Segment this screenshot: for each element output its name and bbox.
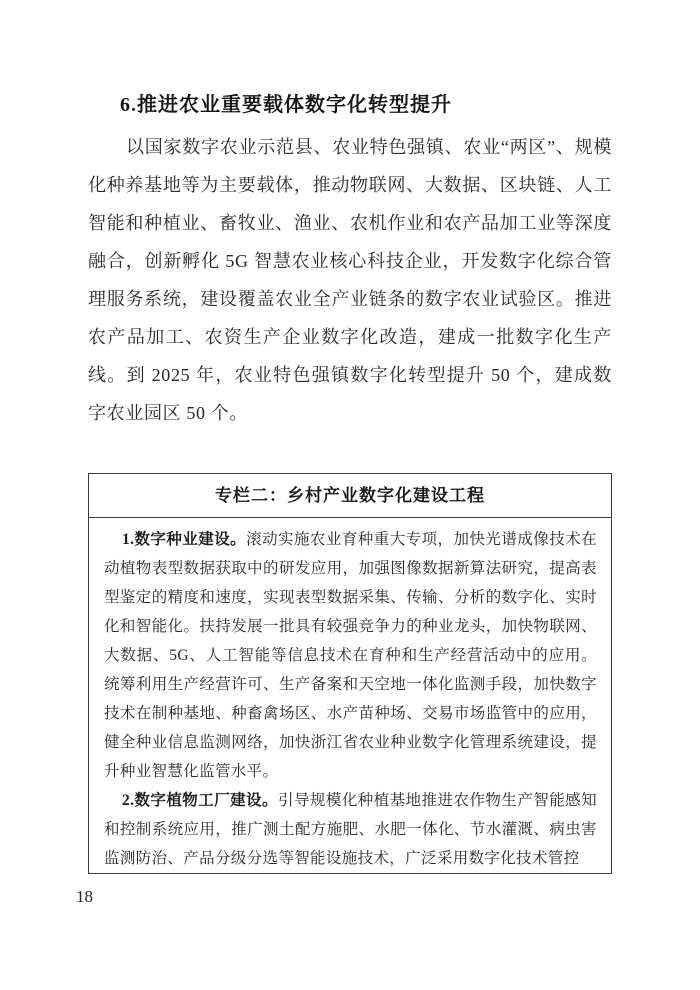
column-box-body: 1.数字种业建设。滚动实施农业育种重大专项，加快光谱成像技术在动植物表型数据获取… [89, 518, 611, 873]
document-page: 6.推进农业重要载体数字化转型提升 以国家数字农业示范县、农业特色强镇、农业“两… [0, 0, 700, 990]
section-paragraph: 以国家数字农业示范县、农业特色强镇、农业“两区”、规模化种养基地等为主要载体，推… [88, 128, 612, 432]
column-box-item-2-label: 2.数字植物工厂建设。 [122, 792, 278, 809]
column-box: 专栏二：乡村产业数字化建设工程 1.数字种业建设。滚动实施农业育种重大专项，加快… [88, 473, 612, 874]
column-box-item-1-label: 1.数字种业建设。 [122, 531, 246, 548]
column-box-item-1: 1.数字种业建设。滚动实施农业育种重大专项，加快光谱成像技术在动植物表型数据获取… [104, 525, 597, 786]
page-number: 18 [76, 886, 93, 908]
column-box-item-2: 2.数字植物工厂建设。引导规模化种植基地推进农作物生产智能感知和控制系统应用，推… [104, 786, 597, 873]
section-heading: 6.推进农业重要载体数字化转型提升 [88, 92, 612, 119]
column-box-item-1-text: 滚动实施农业育种重大专项，加快光谱成像技术在动植物表型数据获取中的研发应用，加强… [104, 531, 597, 780]
page-content: 6.推进农业重要载体数字化转型提升 以国家数字农业示范县、农业特色强镇、农业“两… [88, 0, 612, 874]
column-box-title: 专栏二：乡村产业数字化建设工程 [89, 474, 611, 518]
